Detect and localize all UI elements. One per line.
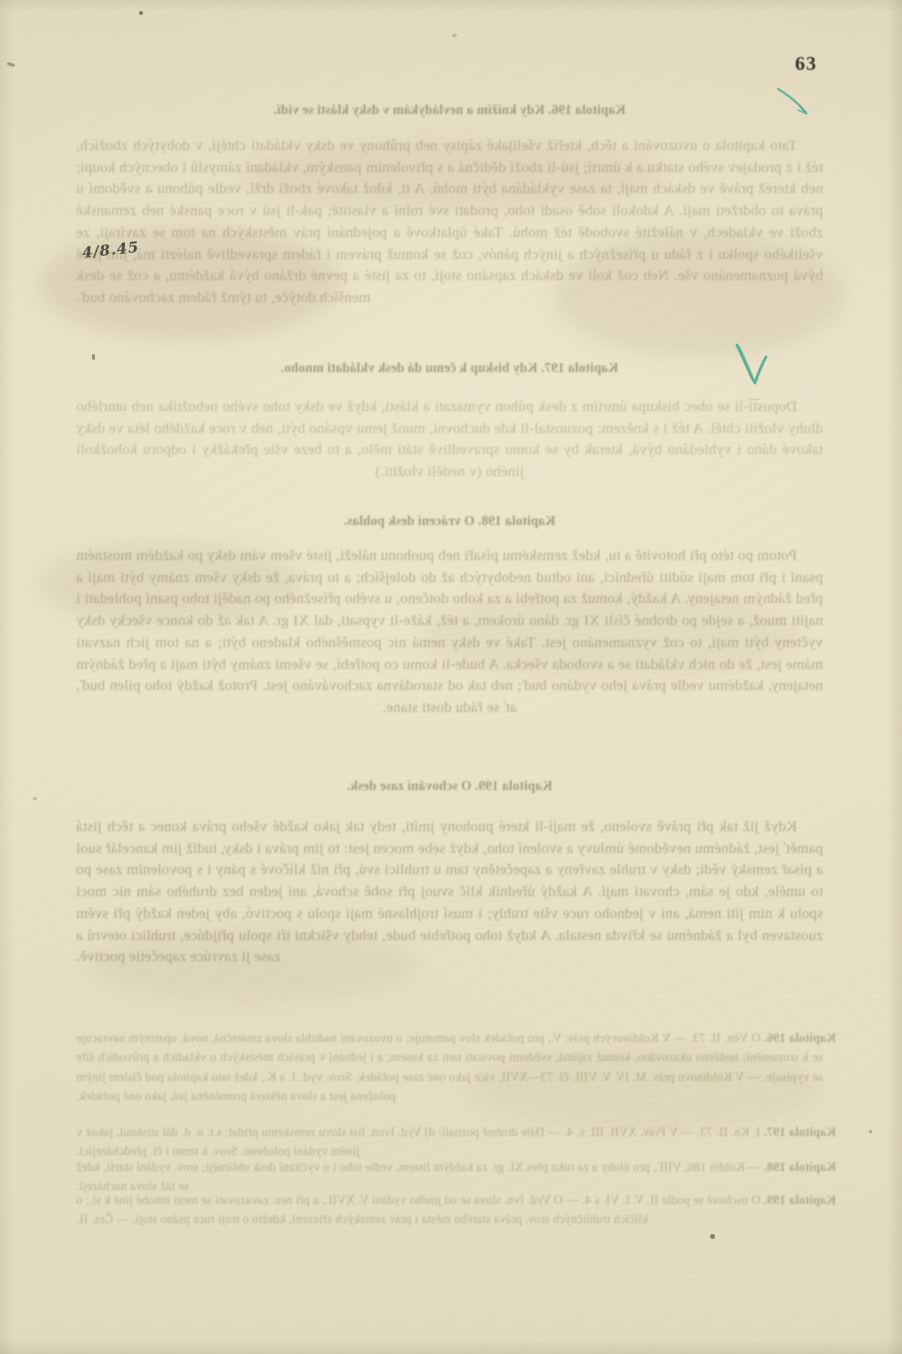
chapter-heading: Kapitola 198. O vrácení desk pohlas. (76, 513, 823, 531)
footnote-chapter-ref: Kapitola 197. (764, 1125, 836, 1139)
ink-speck (869, 1130, 872, 1133)
ink-speck (139, 11, 143, 15)
footnote-chapter-ref: Kapitola 199. (764, 1193, 836, 1207)
footnote: Kapitola 196. O Věn. II. 73. — V Koldíno… (76, 1029, 836, 1127)
footnote-text: O úschově se podle II. V. I. VI. s 4. — … (76, 1193, 764, 1226)
scanned-page: 63 4/8.45 Kapitola 196. Kdy knížím a nev… (0, 0, 902, 1354)
chapter-heading: Kapitola 196. Kdy knížím a nevládykám v … (76, 102, 823, 120)
footnote-chapter-ref: Kapitola 196. (764, 1031, 836, 1045)
footnote-chapter-ref: Kapitola 198. (764, 1160, 836, 1174)
footnote-text: I. Kn. II. 73. — V Práv. XVII. III. s. 4… (76, 1125, 764, 1158)
chapter-heading: Kapitola 197. Kdy biskup k čemu dá desk … (76, 360, 823, 378)
body-paragraph: Potom po této při hotovitě a tu, kdež ze… (76, 546, 823, 743)
footnote: Kapitola 197. I. Kn. II. 73. — V Práv. X… (76, 1123, 836, 1163)
footnote-text: — Koldín 186, VIII., pro úlohy a za ruku… (76, 1160, 764, 1193)
ink-speck (452, 33, 458, 38)
chapter-heading: Kapitola 199. O schování zase desk. (76, 778, 823, 796)
body-paragraph: Tato kapitola o uvozování a těch, kteříž… (76, 136, 823, 333)
ink-speck (33, 797, 37, 800)
ink-speck (7, 62, 16, 67)
footnote-text: O Věn. II. 73. — V Koldínových práv. V.,… (76, 1031, 823, 1103)
footnote: Kapitola 199. O úschově se podle II. V. … (76, 1191, 836, 1251)
body-paragraph: Když již tak při právě svoleno, že mají-… (76, 817, 823, 994)
page-number: 63 (795, 53, 817, 76)
body-paragraph: Dopustí-li se obec biskupa úmrtím z desk… (76, 397, 823, 487)
